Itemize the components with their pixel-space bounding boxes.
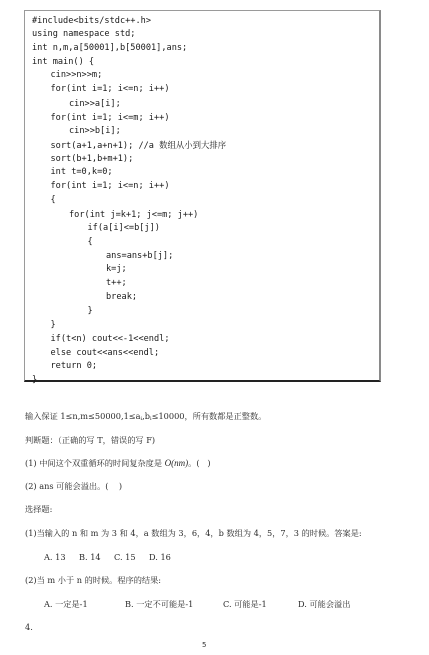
code-block: #include<bits/stdc++.h>using namespace s…	[24, 10, 381, 382]
code-line: }	[51, 320, 56, 330]
constraints-text: ,b	[142, 411, 150, 421]
code-text: ans=ans+b[j];	[106, 251, 173, 261]
mc-q2-option-c: C. 可能是-1	[223, 599, 267, 610]
mc-question-2-stem: (2)当 m 小于 n 的时候。程序的结果:	[25, 575, 161, 586]
code-line: for(int i=1; i<=n; i++)	[51, 84, 170, 94]
code-line: k=j;	[106, 264, 127, 274]
code-line: if(a[i]<=b[j])	[88, 223, 160, 233]
code-text: for(int i=1; i<=n; i++)	[51, 84, 170, 94]
code-text: cin>>b[i];	[69, 126, 121, 136]
mc-q1-option-b: B. 14	[79, 552, 101, 563]
code-text: int main() {	[32, 57, 94, 67]
code-line: cin>>a[i];	[69, 99, 121, 109]
mc-q2-option-d: D. 可能会溢出	[298, 599, 350, 610]
code-text: if(t<n) cout<<-1<<endl;	[51, 334, 170, 344]
code-line: int n,m,a[50001],b[50001],ans;	[32, 43, 187, 53]
complexity-formula: O(nm)	[165, 458, 189, 468]
code-line: else cout<<ans<<endl;	[51, 348, 160, 358]
code-text: if(a[i]<=b[j])	[88, 223, 160, 233]
constraints-text: 输入保证 1≤n,m≤50000,1≤a	[25, 411, 141, 421]
code-line: {	[88, 237, 93, 247]
code-line: }	[32, 375, 37, 385]
code-comment: 数组从小到大排序	[159, 140, 226, 150]
question-text: (1) 中间这个双重循环的时间复杂度是	[25, 458, 165, 468]
code-text: int t=0,k=0;	[51, 167, 113, 177]
mc-q2-option-b: B. 一定不可能是-1	[125, 599, 193, 610]
code-line: sort(a+1,a+n+1); //a 数组从小到大排序	[51, 140, 227, 151]
code-text: for(int i=1; i<=m; i++)	[51, 113, 170, 123]
code-line: cin>>n>>m;	[51, 70, 103, 80]
code-text: for(int i=1; i<=n; i++)	[51, 181, 170, 191]
code-line: for(int i=1; i<=n; i++)	[51, 181, 170, 191]
mc-q2-option-a: A. 一定是-1	[44, 599, 88, 610]
code-text: else cout<<ans<<endl;	[51, 348, 160, 358]
answer-blank: 。( )	[188, 458, 210, 468]
code-text: break;	[106, 292, 137, 302]
code-line: cin>>b[i];	[69, 126, 121, 136]
code-line: int t=0,k=0;	[51, 167, 113, 177]
mc-q1-option-c: C. 15	[114, 552, 136, 563]
code-line: {	[51, 195, 56, 205]
tf-question-1: (1) 中间这个双重循环的时间复杂度是 O(nm)。( )	[25, 458, 211, 469]
next-question-number: 4.	[25, 622, 33, 633]
code-line: sort(b+1,b+m+1);	[51, 154, 134, 164]
code-line: if(t<n) cout<<-1<<endl;	[51, 334, 170, 344]
code-line: using namespace std;	[32, 29, 135, 39]
code-line: }	[88, 306, 93, 316]
code-text: }	[32, 375, 37, 385]
code-line: break;	[106, 292, 137, 302]
tf-question-2: (2) ans 可能会溢出。( )	[25, 481, 122, 492]
multiple-choice-heading: 选择题:	[25, 504, 52, 515]
code-text: }	[88, 306, 93, 316]
code-text: cin>>a[i];	[69, 99, 121, 109]
mc-q1-option-a: A. 13	[44, 552, 66, 563]
code-text: {	[51, 195, 56, 205]
code-line: int main() {	[32, 57, 94, 67]
constraints-text: ≤10000，所有数都是正整数。	[152, 411, 267, 421]
true-false-heading: 判断题：（正确的写 T，错误的写 F)	[25, 435, 155, 446]
code-text: }	[51, 320, 56, 330]
code-line: for(int j=k+1; j<=m; j++)	[69, 210, 198, 220]
code-text: int n,m,a[50001],b[50001],ans;	[32, 43, 187, 53]
code-line: #include<bits/stdc++.h>	[32, 16, 151, 26]
code-text: cin>>n>>m;	[51, 70, 103, 80]
mc-question-1-stem: (1)当输入的 n 和 m 为 3 和 4，a 数组为 3，6，4，b 数组为 …	[25, 528, 362, 539]
code-text: sort(a+1,a+n+1); //a	[51, 141, 160, 151]
code-text: return 0;	[51, 361, 98, 371]
page-number: 5	[202, 641, 206, 649]
code-text: using namespace std;	[32, 29, 135, 39]
code-line: t++;	[106, 278, 127, 288]
code-text: #include<bits/stdc++.h>	[32, 16, 151, 26]
input-constraints: 输入保证 1≤n,m≤50000,1≤ai,bi≤10000，所有数都是正整数。	[25, 411, 266, 425]
code-text: for(int j=k+1; j<=m; j++)	[69, 210, 198, 220]
code-line: for(int i=1; i<=m; i++)	[51, 113, 170, 123]
mc-q1-option-d: D. 16	[149, 552, 171, 563]
code-text: k=j;	[106, 264, 127, 274]
code-text: sort(b+1,b+m+1);	[51, 154, 134, 164]
code-line: return 0;	[51, 361, 98, 371]
code-line: ans=ans+b[j];	[106, 251, 173, 261]
code-text: t++;	[106, 278, 127, 288]
code-text: {	[88, 237, 93, 247]
